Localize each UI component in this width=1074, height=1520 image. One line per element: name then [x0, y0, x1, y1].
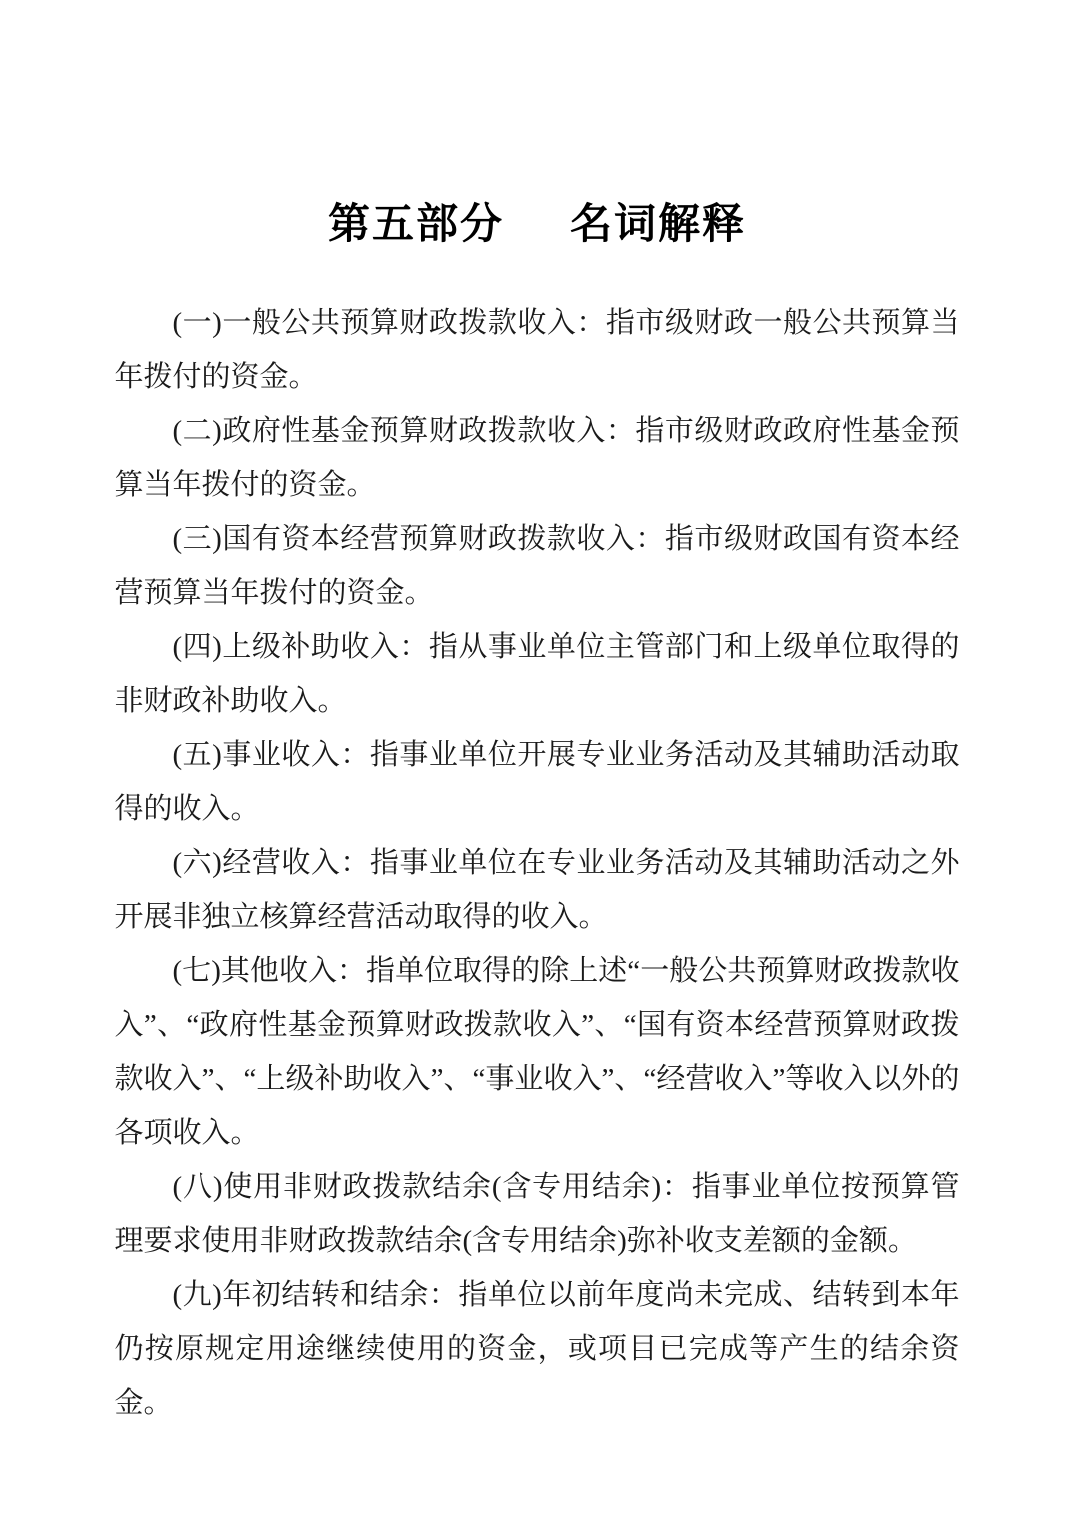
- glossary-item-3: (三)国有资本经营预算财政拨款收入：指市级财政国有资本经营预算当年拨付的资金。: [115, 512, 960, 620]
- glossary-item-7: (七)其他收入：指单位取得的除上述“一般公共预算财政拨款收入”、“政府性基金预算…: [115, 944, 960, 1160]
- document-page: 第五部分名词解释 (一)一般公共预算财政拨款收入：指市级财政一般公共预算当年拨付…: [0, 0, 1074, 1520]
- glossary-item-8: (八)使用非财政拨款结余(含专用结余)：指事业单位按预算管理要求使用非财政拨款结…: [115, 1160, 960, 1268]
- glossary-item-5: (五)事业收入：指事业单位开展专业业务活动及其辅助活动取得的收入。: [115, 728, 960, 836]
- glossary-item-2: (二)政府性基金预算财政拨款收入：指市级财政政府性基金预算当年拨付的资金。: [115, 404, 960, 512]
- glossary-item-4: (四)上级补助收入：指从事业单位主管部门和上级单位取得的非财政补助收入。: [115, 620, 960, 728]
- glossary-item-6: (六)经营收入：指事业单位在专业业务活动及其辅助活动之外开展非独立核算经营活动取…: [115, 836, 960, 944]
- glossary-content: (一)一般公共预算财政拨款收入：指市级财政一般公共预算当年拨付的资金。 (二)政…: [115, 296, 960, 1430]
- page-title-section: 第五部分: [328, 200, 504, 247]
- glossary-item-1: (一)一般公共预算财政拨款收入：指市级财政一般公共预算当年拨付的资金。: [115, 296, 960, 404]
- page-title-text: 名词解释: [570, 200, 746, 247]
- page-title: 第五部分名词解释: [0, 0, 1074, 252]
- glossary-item-9: (九)年初结转和结余：指单位以前年度尚未完成、结转到本年仍按原规定用途继续使用的…: [115, 1268, 960, 1430]
